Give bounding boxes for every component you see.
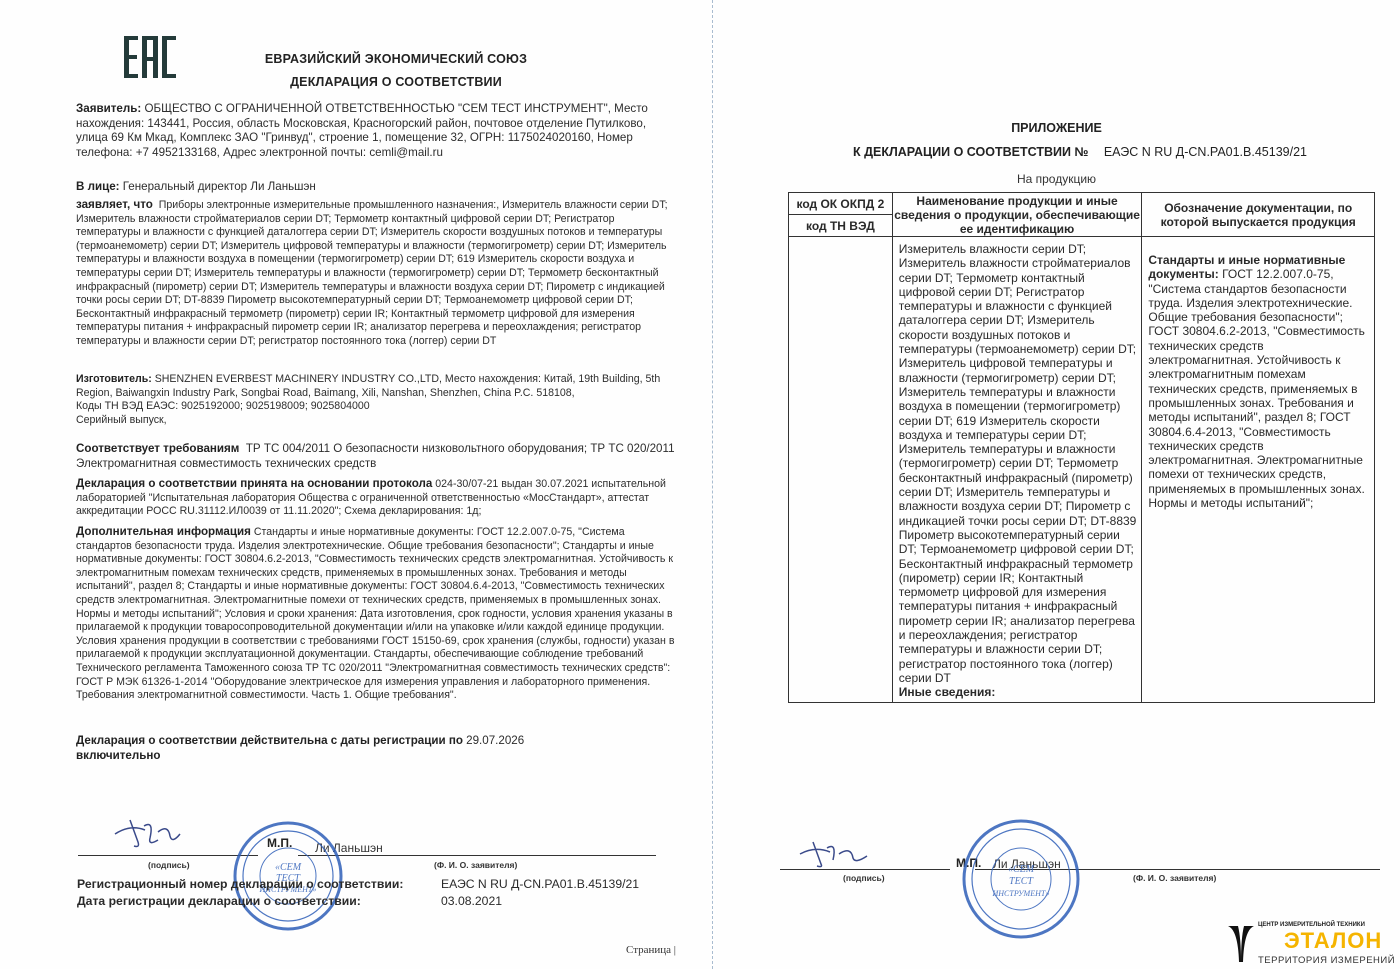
header-okpd: код ОК ОКПД 2 — [789, 193, 893, 215]
manufacturer-text: SHENZHEN EVERBEST MACHINERY INDUSTRY CO.… — [76, 373, 660, 399]
production-type: Серийный выпуск, — [76, 414, 167, 426]
manufacturer-label: Изготовитель: — [76, 373, 152, 385]
svg-text:ТЕСТ: ТЕСТ — [1009, 876, 1034, 887]
declaration-page: ЕВРАЗИЙСКИЙ ЭКОНОМИЧЕСКИЙ СОЮЗ ДЕКЛАРАЦИ… — [0, 0, 712, 969]
company-stamp-icon: «СЕМ ТЕСТ ИНСТРУМЕНТ» — [961, 818, 1081, 940]
annex-page: ПРИЛОЖЕНИЕ К ДЕКЛАРАЦИИ О СООТВЕТСТВИИ №… — [713, 0, 1400, 969]
page-number: Страница | — [626, 944, 676, 956]
additional-info-label: Дополнительная информация — [76, 525, 251, 538]
table-row: Измеритель влажности серии DT; Измерител… — [789, 237, 1375, 703]
svg-text:«СЕМ: «СЕМ — [275, 862, 302, 873]
signature-icon — [795, 832, 875, 872]
registration-date-label: Дата регистрации декларации о соответств… — [77, 894, 361, 908]
name-caption: (Ф. И. О. заявителя) — [434, 860, 517, 870]
basis-section: Декларация о соответствии принята на осн… — [76, 477, 676, 519]
registration-number: ЕАЭС N RU Д-CN.PA01.B.45139/21 — [441, 877, 639, 891]
product-description: Измеритель влажности серии DT; Измерител… — [899, 242, 1137, 685]
applicant-label: Заявитель: — [76, 102, 141, 115]
complies-label: Соответствует требованиям — [76, 442, 239, 455]
header-docs: Обозначение документации, по которой вып… — [1142, 193, 1375, 237]
represented-by-text: Генеральный директор Ли Ланьшэн — [123, 180, 316, 193]
union-title: ЕВРАЗИЙСКИЙ ЭКОНОМИЧЕСКИЙ СОЮЗ — [40, 52, 752, 66]
declares-text: Приборы электронные измерительные промыш… — [76, 199, 668, 347]
represented-by-section: В лице: Генеральный директор Ли Ланьшэн — [76, 180, 676, 195]
docs-cell: Стандарты и иные нормативные документы: … — [1142, 237, 1375, 703]
other-info-label: Иные сведения: — [899, 685, 996, 699]
manufacturer-section: Изготовитель: SHENZHEN EVERBEST MACHINER… — [76, 373, 676, 427]
etalon-brand: ЭТАЛОН — [1284, 928, 1382, 954]
etalon-mark-icon — [1228, 924, 1254, 964]
svg-text:ИНСТРУМЕНТ»: ИНСТРУМЕНТ» — [991, 889, 1049, 898]
annex-subtitle-text: К ДЕКЛАРАЦИИ О СООТВЕТСТВИИ № — [853, 145, 1088, 159]
company-stamp-icon: «СЕМ ТЕСТ ИНСТРУМЕНТ» — [232, 820, 344, 932]
applicant-section: Заявитель: ОБЩЕСТВО С ОГРАНИЧЕННОЙ ОТВЕТ… — [76, 102, 676, 160]
signature-caption: (подпись) — [843, 873, 885, 883]
header-tnved: код ТН ВЭД — [789, 215, 893, 237]
docs-text: ГОСТ 12.2.007.0-75, "Система стандартов … — [1148, 267, 1364, 510]
etalon-tagline: ТЕРРИТОРИЯ ИЗМЕРЕНИЙ — [1258, 955, 1395, 966]
validity-section: Декларация о соответствии действительна … — [76, 734, 676, 763]
on-product-label: На продукцию — [713, 172, 1400, 186]
validity-date: 29.07.2026 — [466, 734, 524, 747]
annex-declaration-number: ЕАЭС N RU Д-CN.PA01.B.45139/21 — [1104, 145, 1307, 159]
additional-info-section: Дополнительная информация Стандарты и ин… — [76, 525, 676, 703]
annex-title: ПРИЛОЖЕНИЕ — [713, 121, 1400, 135]
signature-line — [78, 855, 258, 856]
annex-subtitle: К ДЕКЛАРАЦИИ О СООТВЕТСТВИИ № ЕАЭС N RU … — [853, 145, 1307, 159]
validity-label: Декларация о соответствии действительна … — [76, 734, 463, 747]
annex-table: код ОК ОКПД 2 Наименование продукции и и… — [788, 192, 1375, 703]
hs-codes: Коды ТН ВЭД ЕАЭС: 9025192000; 9025198009… — [76, 400, 370, 412]
registration-number-label: Регистрационный номер декларации о соотв… — [77, 877, 403, 891]
name-caption: (Ф. И. О. заявителя) — [1133, 873, 1216, 883]
header-product: Наименование продукции и иные сведения о… — [892, 193, 1142, 237]
etalon-logo: ЦЕНТР ИЗМЕРИТЕЛЬНОЙ ТЕХНИКИ ЭТАЛОН ТЕРРИ… — [1228, 922, 1398, 967]
declares-label: заявляет, что — [76, 198, 153, 211]
signature-icon — [110, 812, 190, 852]
basis-label: Декларация о соответствии принята на осн… — [76, 477, 432, 490]
document-title: ДЕКЛАРАЦИЯ О СООТВЕТСТВИИ — [40, 75, 752, 89]
applicant-text: ОБЩЕСТВО С ОГРАНИЧЕННОЙ ОТВЕТСТВЕННОСТЬЮ… — [76, 102, 648, 159]
represented-by-label: В лице: — [76, 180, 120, 193]
complies-section: Соответствует требованиям ТР ТС 004/2011… — [76, 442, 676, 471]
svg-text:«СЕМ: «СЕМ — [1008, 864, 1035, 875]
registration-date: 03.08.2021 — [441, 894, 502, 908]
code-cell — [789, 237, 893, 703]
declares-section: заявляет, что Приборы электронные измери… — [76, 198, 676, 349]
product-cell: Измеритель влажности серии DT; Измерител… — [892, 237, 1142, 703]
name-line — [298, 855, 656, 856]
signature-line — [780, 869, 950, 870]
signature-caption: (подпись) — [148, 860, 190, 870]
validity-suffix: включительно — [76, 749, 160, 762]
additional-info-text: Стандарты и иные нормативные документы: … — [76, 526, 674, 701]
